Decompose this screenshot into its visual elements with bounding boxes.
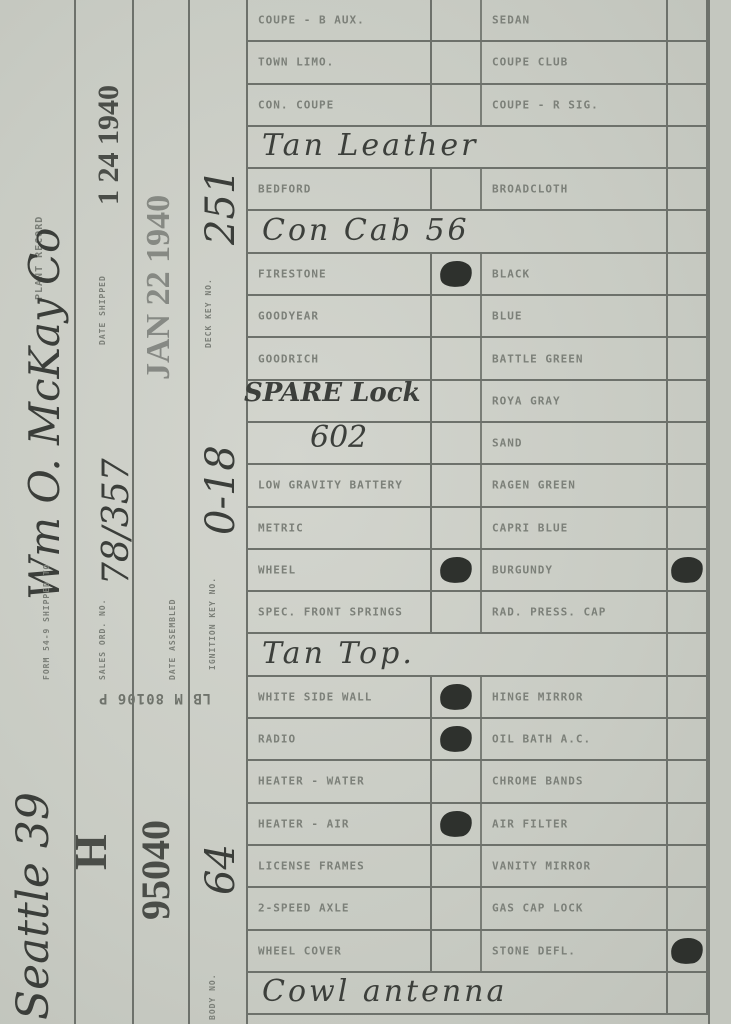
option-left-label: GOODRICH bbox=[258, 352, 319, 365]
option-row: RADIOOIL BATH A.C. bbox=[248, 719, 708, 761]
option-left-check bbox=[432, 0, 482, 40]
option-right-check bbox=[668, 592, 708, 632]
option-right-cell: BURGUNDY bbox=[482, 550, 668, 590]
option-row: BEDFORDBROADCLOTH bbox=[248, 169, 708, 211]
option-right-cell: OIL BATH A.C. bbox=[482, 719, 668, 759]
option-right-cell: GAS CAP LOCK bbox=[482, 888, 668, 928]
option-right-cell: BLUE bbox=[482, 296, 668, 336]
extra-check-cell bbox=[668, 634, 708, 674]
option-left-cell: LICENSE FRAMES bbox=[248, 846, 432, 886]
option-left-cell: FIRESTONE bbox=[248, 254, 432, 294]
deck-key-value: 251 bbox=[198, 169, 244, 245]
option-left-label: WHEEL bbox=[258, 564, 296, 577]
option-right-label: BURGUNDY bbox=[492, 564, 553, 577]
option-left-label: 2-SPEED AXLE bbox=[258, 902, 349, 915]
option-row: WHITE SIDE WALLHINGE MIRROR bbox=[248, 677, 708, 719]
option-right-check bbox=[668, 508, 708, 548]
option-right-cell: VANITY MIRROR bbox=[482, 846, 668, 886]
option-left-check bbox=[432, 550, 482, 590]
option-left-check bbox=[432, 508, 482, 548]
option-row: FIRESTONEBLACK bbox=[248, 254, 708, 296]
date-assembled-value: 1 24 1940 bbox=[92, 85, 126, 205]
option-left-check bbox=[432, 465, 482, 505]
handwritten-note: Cowl antenna bbox=[262, 974, 507, 1009]
option-left-label: HEATER - WATER bbox=[258, 775, 365, 788]
option-row: HEATER - WATERCHROME BANDS bbox=[248, 761, 708, 803]
option-right-cell: SEDAN bbox=[482, 0, 668, 40]
option-right-label: BLACK bbox=[492, 267, 530, 280]
extra-check-cell bbox=[668, 211, 708, 251]
option-left-label: COUPE - B AUX. bbox=[258, 14, 365, 27]
option-right-label: STONE DEFL. bbox=[492, 944, 576, 957]
option-right-cell: COUPE CLUB bbox=[482, 42, 668, 82]
option-right-cell: BATTLE GREEN bbox=[482, 338, 668, 378]
option-left-label: LICENSE FRAMES bbox=[258, 860, 365, 873]
option-right-label: BATTLE GREEN bbox=[492, 352, 583, 365]
option-row: METRICCAPRI BLUE bbox=[248, 508, 708, 550]
option-left-cell: WHEEL COVER bbox=[248, 931, 432, 971]
option-right-label: HINGE MIRROR bbox=[492, 690, 583, 703]
option-left-cell: CON. COUPE bbox=[248, 85, 432, 125]
option-right-check bbox=[668, 846, 708, 886]
option-left-check bbox=[432, 888, 482, 928]
option-left-cell: COUPE - B AUX. bbox=[248, 0, 432, 40]
option-right-check bbox=[668, 42, 708, 82]
option-right-cell: COUPE - R SIG. bbox=[482, 85, 668, 125]
option-right-cell: RAGEN GREEN bbox=[482, 465, 668, 505]
handwritten-note: Tan Leather bbox=[262, 128, 478, 163]
option-left-cell: 2-SPEED AXLE bbox=[248, 888, 432, 928]
option-right-label: COUPE - R SIG. bbox=[492, 98, 599, 111]
option-left-check bbox=[432, 423, 482, 463]
option-right-label: SAND bbox=[492, 437, 523, 450]
punch-mark-icon bbox=[438, 724, 473, 754]
option-left-label: GOODYEAR bbox=[258, 310, 319, 323]
option-right-label: BLUE bbox=[492, 310, 523, 323]
strip-rule bbox=[74, 0, 76, 1024]
option-right-check bbox=[668, 254, 708, 294]
option-row: TOWN LIMO.COUPE CLUB bbox=[248, 42, 708, 84]
option-right-label: VANITY MIRROR bbox=[492, 860, 591, 873]
option-left-check bbox=[432, 85, 482, 125]
body-number-stamp: 95040 bbox=[132, 820, 179, 920]
option-right-label: CHROME BANDS bbox=[492, 775, 583, 788]
option-right-label: OIL BATH A.C. bbox=[492, 733, 591, 746]
card-edge bbox=[708, 0, 731, 1024]
option-right-label: RAGEN GREEN bbox=[492, 479, 576, 492]
option-left-label: RADIO bbox=[258, 733, 296, 746]
serial-stamp: LB M 80106 P bbox=[98, 690, 211, 706]
option-left-cell: HEATER - WATER bbox=[248, 761, 432, 801]
shipped-to-value: Wm O. McKay Co bbox=[20, 228, 69, 600]
option-left-check bbox=[432, 931, 482, 971]
option-right-label: SEDAN bbox=[492, 14, 530, 27]
option-right-check bbox=[668, 931, 708, 971]
date-assembled-label: DATE ASSEMBLED bbox=[168, 599, 177, 680]
option-row: LOW GRAVITY BATTERYRAGEN GREEN bbox=[248, 465, 708, 507]
option-right-check bbox=[668, 0, 708, 40]
option-row: SPEC. FRONT SPRINGSRAD. PRESS. CAP bbox=[248, 592, 708, 634]
extra-check-cell bbox=[668, 127, 708, 167]
option-left-check bbox=[432, 254, 482, 294]
option-right-cell: STONE DEFL. bbox=[482, 931, 668, 971]
deck-key-label: DECK KEY NO. bbox=[204, 278, 213, 348]
option-right-cell: BROADCLOTH bbox=[482, 169, 668, 209]
option-left-check bbox=[432, 677, 482, 717]
option-left-check bbox=[432, 846, 482, 886]
option-left-check bbox=[432, 296, 482, 336]
option-left-cell: HEATER - AIR bbox=[248, 804, 432, 844]
option-left-cell: WHITE SIDE WALL bbox=[248, 677, 432, 717]
punch-mark-icon bbox=[669, 555, 704, 585]
option-left-check bbox=[432, 592, 482, 632]
option-right-cell: AIR FILTER bbox=[482, 804, 668, 844]
option-right-check bbox=[668, 85, 708, 125]
option-right-label: COUPE CLUB bbox=[492, 56, 568, 69]
handwritten-cell: Cowl antenna bbox=[248, 973, 668, 1013]
handwritten-row: Tan Top. bbox=[248, 634, 708, 676]
date-shipped-value: JAN 22 1940 bbox=[140, 195, 178, 380]
option-right-label: RAD. PRESS. CAP bbox=[492, 606, 606, 619]
option-left-cell: SPEC. FRONT SPRINGS bbox=[248, 592, 432, 632]
option-row: WHEEL COVERSTONE DEFL. bbox=[248, 931, 708, 973]
option-right-cell: CHROME BANDS bbox=[482, 761, 668, 801]
option-left-cell: BEDFORD bbox=[248, 169, 432, 209]
option-left-check bbox=[432, 761, 482, 801]
ignition-key-label: IGNITION KEY NO. bbox=[208, 577, 217, 670]
option-left-label: BEDFORD bbox=[258, 183, 311, 196]
option-right-label: AIR FILTER bbox=[492, 817, 568, 830]
handwritten-cell: Con Cab 56 bbox=[248, 211, 668, 251]
option-left-cell: TOWN LIMO. bbox=[248, 42, 432, 82]
punch-mark-icon bbox=[669, 936, 704, 966]
option-right-cell: HINGE MIRROR bbox=[482, 677, 668, 717]
option-right-check bbox=[668, 888, 708, 928]
handwritten-cell: Tan Top. bbox=[248, 634, 668, 674]
option-left-check bbox=[432, 804, 482, 844]
city-value: Seattle 39 bbox=[8, 792, 59, 1020]
option-left-check bbox=[432, 169, 482, 209]
option-left-label: WHEEL COVER bbox=[258, 944, 342, 957]
option-right-cell: CAPRI BLUE bbox=[482, 508, 668, 548]
options-grid: COUPE - B AUX.SEDANTOWN LIMO.COUPE CLUBC… bbox=[248, 0, 708, 1015]
spare-lock-number: 602 bbox=[310, 420, 367, 455]
option-right-check bbox=[668, 465, 708, 505]
option-row: GOODYEARBLUE bbox=[248, 296, 708, 338]
option-left-check bbox=[432, 338, 482, 378]
punch-mark-icon bbox=[438, 809, 473, 839]
date-shipped-label: DATE SHIPPED bbox=[98, 275, 107, 345]
option-left-label: LOW GRAVITY BATTERY bbox=[258, 479, 403, 492]
handwritten-note: Con Cab 56 bbox=[262, 212, 470, 247]
handwritten-note: Tan Top. bbox=[262, 635, 415, 670]
option-right-cell: ROYA GRAY bbox=[482, 381, 668, 421]
option-left-cell: GOODRICH bbox=[248, 338, 432, 378]
handwritten-row: Tan Leather bbox=[248, 127, 708, 169]
option-left-cell: GOODYEAR bbox=[248, 296, 432, 336]
option-right-check bbox=[668, 804, 708, 844]
sales-order-label: SALES ORD. NO. bbox=[98, 599, 107, 680]
handwritten-cell: Tan Leather bbox=[248, 127, 668, 167]
option-left-cell: WHEEL bbox=[248, 550, 432, 590]
option-right-label: BROADCLOTH bbox=[492, 183, 568, 196]
option-row: CON. COUPECOUPE - R SIG. bbox=[248, 85, 708, 127]
handwritten-row: Con Cab 56 bbox=[248, 211, 708, 253]
option-right-cell: RAD. PRESS. CAP bbox=[482, 592, 668, 632]
option-row: COUPE - B AUX.SEDAN bbox=[248, 0, 708, 42]
option-left-label: TOWN LIMO. bbox=[258, 56, 334, 69]
punch-mark-icon bbox=[438, 682, 473, 712]
ignition-key-value: 0-18 bbox=[198, 445, 244, 535]
plant-record-card: PLANT RECORD Wm O. McKay Co FORM 54-9 SH… bbox=[0, 0, 731, 1024]
option-row: LICENSE FRAMESVANITY MIRROR bbox=[248, 846, 708, 888]
option-left-label: SPEC. FRONT SPRINGS bbox=[258, 606, 403, 619]
option-right-label: CAPRI BLUE bbox=[492, 521, 568, 534]
option-left-label: FIRESTONE bbox=[258, 267, 327, 280]
option-right-check bbox=[668, 169, 708, 209]
option-left-label: METRIC bbox=[258, 521, 304, 534]
body-no-label: BODY NO. bbox=[208, 973, 217, 1020]
option-right-label: ROYA GRAY bbox=[492, 394, 561, 407]
sales-order-value: 78/357 bbox=[96, 458, 137, 585]
option-row: 2-SPEED AXLEGAS CAP LOCK bbox=[248, 888, 708, 930]
option-left-cell: METRIC bbox=[248, 508, 432, 548]
option-left-label: CON. COUPE bbox=[258, 98, 334, 111]
option-left-check bbox=[432, 381, 482, 421]
option-right-label: GAS CAP LOCK bbox=[492, 902, 583, 915]
option-right-check bbox=[668, 423, 708, 463]
series-letter: H bbox=[64, 834, 117, 870]
option-left-check bbox=[432, 42, 482, 82]
punch-mark-icon bbox=[438, 555, 473, 585]
option-left-check bbox=[432, 719, 482, 759]
body-no-value: 64 bbox=[198, 844, 244, 895]
punch-mark-icon bbox=[438, 259, 473, 289]
option-row: GOODRICHBATTLE GREEN bbox=[248, 338, 708, 380]
option-right-check bbox=[668, 550, 708, 590]
option-row: WHEELBURGUNDY bbox=[248, 550, 708, 592]
spare-lock-note: SPARE Lock bbox=[244, 378, 421, 408]
option-right-cell: SAND bbox=[482, 423, 668, 463]
option-left-label: HEATER - AIR bbox=[258, 817, 349, 830]
handwritten-row: Cowl antenna bbox=[248, 973, 708, 1015]
option-row: HEATER - AIRAIR FILTER bbox=[248, 804, 708, 846]
shipped-to-label: FORM 54-9 SHIPPED TO bbox=[42, 564, 51, 680]
option-right-cell: BLACK bbox=[482, 254, 668, 294]
option-left-cell: RADIO bbox=[248, 719, 432, 759]
option-right-check bbox=[668, 761, 708, 801]
option-right-check bbox=[668, 381, 708, 421]
option-left-cell: LOW GRAVITY BATTERY bbox=[248, 465, 432, 505]
extra-check-cell bbox=[668, 973, 708, 1013]
strip-rule bbox=[188, 0, 190, 1024]
option-left-label: WHITE SIDE WALL bbox=[258, 690, 372, 703]
option-right-check bbox=[668, 719, 708, 759]
option-right-check bbox=[668, 296, 708, 336]
option-right-check bbox=[668, 677, 708, 717]
option-right-check bbox=[668, 338, 708, 378]
